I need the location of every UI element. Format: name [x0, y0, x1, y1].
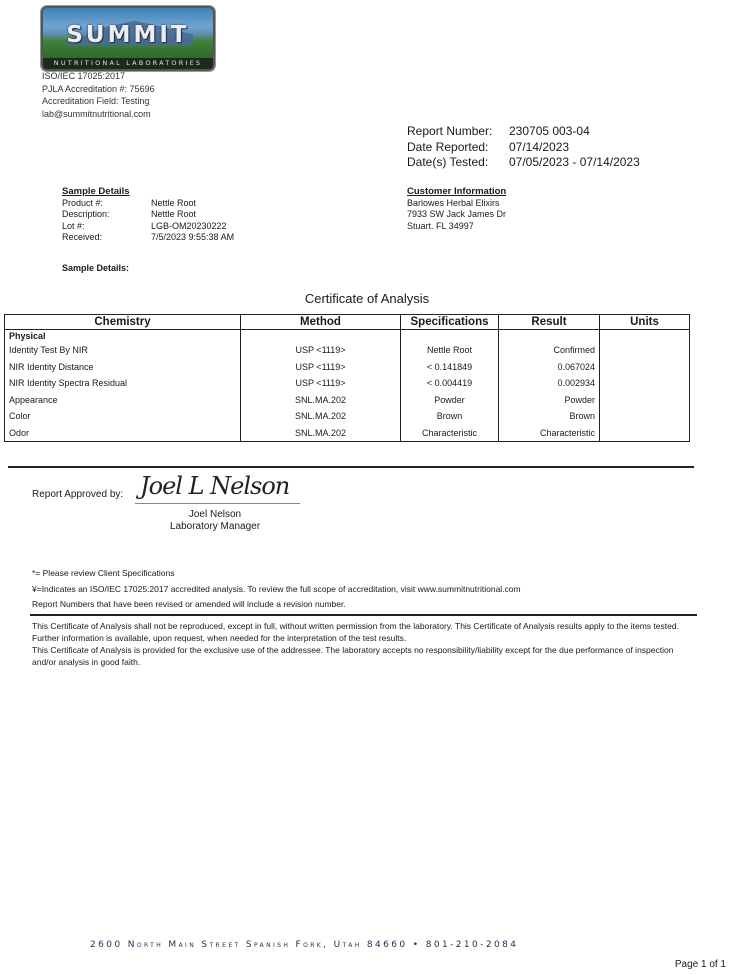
cell-units [600, 392, 690, 409]
notes: *= Please review Client Specifications ¥… [32, 566, 521, 613]
cell-result: 0.002934 [499, 375, 600, 392]
cell-specification: Brown [401, 408, 499, 425]
description-label: Description: [62, 209, 151, 221]
note-revision: Report Numbers that have been revised or… [32, 597, 521, 613]
disclaimer-exclusive-use: This Certificate of Analysis is provided… [32, 644, 692, 668]
sample-details: Sample Details Product #:Nettle Root Des… [62, 186, 234, 244]
column-header-method: Method [241, 315, 401, 330]
lab-email: lab@summitnutritional.com [42, 108, 155, 121]
received-value: 7/5/2023 9:55:38 AM [151, 232, 234, 244]
cell-chemistry: Color [5, 408, 241, 425]
accreditation-info: ISO/IEC 17025:2017 PJLA Accreditation #:… [42, 70, 155, 120]
cell-result: Confirmed [499, 342, 600, 359]
date-reported-label: Date Reported: [407, 140, 509, 156]
report-number-label: Report Number: [407, 124, 509, 140]
cell-result: Powder [499, 392, 600, 409]
table-row: Identity Test By NIRUSP <1119>Nettle Roo… [5, 342, 690, 359]
iso-standard: ISO/IEC 17025:2017 [42, 70, 155, 83]
table-row: OdorSNL.MA.202CharacteristicCharacterist… [5, 425, 690, 442]
cell-chemistry: Identity Test By NIR [5, 342, 241, 359]
cell-units [600, 408, 690, 425]
cell-units [600, 342, 690, 359]
column-header-specifications: Specifications [401, 315, 499, 330]
cell-result: Characteristic [499, 425, 600, 442]
note-client-spec: *= Please review Client Specifications [32, 566, 521, 582]
approved-by-label: Report Approved by: [32, 489, 123, 500]
results-table: Chemistry Method Specifications Result U… [4, 314, 690, 442]
divider [30, 614, 697, 616]
lot-value: LGB-OM20230222 [151, 221, 227, 233]
cell-method: USP <1119> [241, 342, 401, 359]
sample-details-title: Sample Details [62, 186, 234, 198]
cell-result: Brown [499, 408, 600, 425]
cell-chemistry: Appearance [5, 392, 241, 409]
cell-specification: Nettle Root [401, 342, 499, 359]
logo-wordmark: SUMMIT [43, 22, 213, 48]
cell-units [600, 375, 690, 392]
pjla-number: PJLA Accreditation #: 75696 [42, 83, 155, 96]
signature: Joel L Nelson [140, 472, 289, 500]
note-accredited-analysis: ¥=Indicates an ISO/IEC 17025:2017 accred… [32, 582, 521, 598]
customer-name: Barlowes Herbal Elixirs [407, 198, 506, 210]
description-value: Nettle Root [151, 209, 196, 221]
cell-chemistry: NIR Identity Distance [5, 359, 241, 376]
customer-info-title: Customer Information [407, 186, 506, 198]
customer-address-line1: 7933 SW Jack James Dr [407, 209, 506, 221]
disclaimer: This Certificate of Analysis shall not b… [32, 620, 692, 668]
cell-chemistry: NIR Identity Spectra Residual [5, 375, 241, 392]
cell-units [600, 359, 690, 376]
signature-line [135, 503, 300, 504]
customer-address-line2: Stuart. FL 34997 [407, 221, 506, 233]
table-header-row: Chemistry Method Specifications Result U… [5, 315, 690, 330]
column-header-units: Units [600, 315, 690, 330]
page-number: Page 1 of 1 [675, 959, 726, 970]
cell-specification: < 0.004419 [401, 375, 499, 392]
column-header-chemistry: Chemistry [5, 315, 241, 330]
signer-block: Joel Nelson Laboratory Manager [150, 509, 280, 532]
table-row: NIR Identity Spectra ResidualUSP <1119><… [5, 375, 690, 392]
cell-method: USP <1119> [241, 375, 401, 392]
date-reported: 07/14/2023 [509, 140, 569, 156]
column-header-result: Result [499, 315, 600, 330]
dates-tested-label: Date(s) Tested: [407, 155, 509, 171]
cell-method: SNL.MA.202 [241, 408, 401, 425]
disclaimer-reproduction: This Certificate of Analysis shall not b… [32, 620, 692, 644]
accreditation-field: Accreditation Field: Testing [42, 95, 155, 108]
sample-details-note-label: Sample Details: [62, 263, 129, 273]
cell-method: SNL.MA.202 [241, 392, 401, 409]
coa-title: Certificate of Analysis [0, 291, 729, 306]
signer-title: Laboratory Manager [150, 521, 280, 533]
cell-specification: < 0.141849 [401, 359, 499, 376]
table-row: AppearanceSNL.MA.202PowderPowder [5, 392, 690, 409]
cell-result: 0.067024 [499, 359, 600, 376]
signer-name: Joel Nelson [150, 509, 280, 521]
cell-specification: Characteristic [401, 425, 499, 442]
cell-chemistry: Odor [5, 425, 241, 442]
summit-logo: SUMMIT NUTRITIONAL LABORATORIES [41, 6, 215, 71]
cell-method: SNL.MA.202 [241, 425, 401, 442]
footer-address: 2600 North Main Street Spanish Fork, Uta… [90, 940, 518, 950]
report-meta: Report Number:230705 003-04 Date Reporte… [407, 124, 640, 171]
product-label: Product #: [62, 198, 151, 210]
table-row: ColorSNL.MA.202BrownBrown [5, 408, 690, 425]
cell-specification: Powder [401, 392, 499, 409]
group-label: Physical [5, 330, 241, 343]
table-row: NIR Identity DistanceUSP <1119>< 0.14184… [5, 359, 690, 376]
dates-tested: 07/05/2023 - 07/14/2023 [509, 155, 640, 171]
received-label: Received: [62, 232, 151, 244]
report-number: 230705 003-04 [509, 124, 590, 140]
logo-tagline: NUTRITIONAL LABORATORIES [43, 58, 213, 69]
customer-information: Customer Information Barlowes Herbal Eli… [407, 186, 506, 232]
cell-units [600, 425, 690, 442]
cell-method: USP <1119> [241, 359, 401, 376]
divider [8, 466, 694, 468]
product-value: Nettle Root [151, 198, 196, 210]
lot-label: Lot #: [62, 221, 151, 233]
table-group-row: Physical [5, 330, 690, 343]
